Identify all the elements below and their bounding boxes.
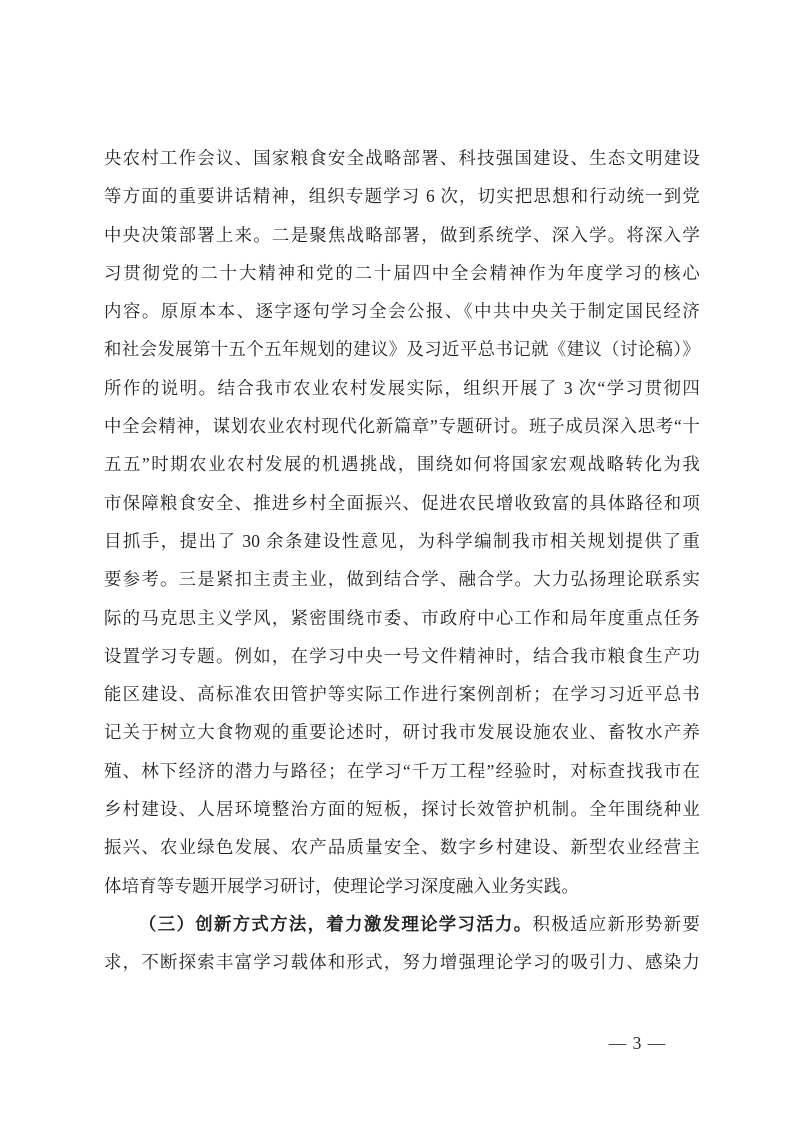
body-text-line: 央农村工作会议、国家粮食安全战略部署、科技强国建设、生态文明建设 — [104, 139, 700, 177]
body-text-line: 目抓手，提出了 30 余条建设性意见，为科学编制我市相关规划提供了重 — [104, 522, 700, 560]
body-text-line: 体培育等专题开展学习研讨，使理论学习深度融入业务实践。 — [104, 867, 700, 905]
paragraph-3-lead-text: 积极适应新形势新要 — [533, 914, 701, 934]
body-text-line: 乡村建设、人居环境整治方面的短板，探讨长效管护机制。全年围绕种业 — [104, 790, 700, 828]
body-text-line: 殖、林下经济的潜力与路径；在学习“千万工程”经验时，对标查找我市在 — [104, 752, 700, 790]
body-text: 央农村工作会议、国家粮食安全战略部署、科技强国建设、生态文明建设 等方面的重要讲… — [104, 139, 700, 982]
body-text-line: 内容。原原本本、逐字逐句学习全会公报、《中共中央关于制定国民经济 — [104, 292, 700, 330]
page-number: — 3 — — [580, 1029, 695, 1057]
paragraph-3-first-line: （三）创新方式方法，着力激发理论学习活力。积极适应新形势新要 — [104, 905, 700, 943]
body-text-line: 市保障粮食安全、推进乡村全面振兴、促进农民增收致富的具体路径和项 — [104, 484, 700, 522]
body-text-line: 际的马克思主义学风，紧密围绕市委、市政府中心工作和局年度重点任务 — [104, 599, 700, 637]
body-text-line: 求，不断探索丰富学习载体和形式，努力增强理论学习的吸引力、感染力 — [104, 943, 700, 981]
body-text-line: 和社会发展第十五个五年规划的建议》及习近平总书记就《建议（讨论稿）》 — [104, 330, 700, 368]
body-text-line: 设置学习专题。例如，在学习中央一号文件精神时，结合我市粮食生产功 — [104, 637, 700, 675]
body-text-line: 记关于树立大食物观的重要论述时，研讨我市发展设施农业、畜牧水产养 — [104, 713, 700, 751]
body-text-line: 习贯彻党的二十大精神和党的二十届四中全会精神作为年度学习的核心 — [104, 254, 700, 292]
body-text-line: 中全会精神，谋划农业农村现代化新篇章”专题研讨。班子成员深入思考“十 — [104, 407, 700, 445]
body-text-line: 所作的说明。结合我市农业农村发展实际，组织开展了 3 次“学习贯彻四 — [104, 369, 700, 407]
body-text-line: 等方面的重要讲话精神，组织专题学习 6 次，切实把思想和行动统一到党 — [104, 177, 700, 215]
body-text-line: 中央决策部署上来。二是聚焦战略部署，做到系统学、深入学。将深入学 — [104, 216, 700, 254]
body-text-line: 能区建设、高标准农田管护等实际工作进行案例剖析；在学习习近平总书 — [104, 675, 700, 713]
body-text-line: 要参考。三是紧扣主责主业，做到结合学、融合学。大力弘扬理论联系实 — [104, 560, 700, 598]
document-page: 央农村工作会议、国家粮食安全战略部署、科技强国建设、生态文明建设 等方面的重要讲… — [0, 0, 793, 1122]
body-text-line: 五五”时期农业农村发展的机遇挑战，围绕如何将国家宏观战略转化为我 — [104, 445, 700, 483]
body-text-line: 振兴、农业绿色发展、农产品质量安全、数字乡村建设、新型农业经营主 — [104, 828, 700, 866]
paragraph-3-heading: （三）创新方式方法，着力激发理论学习活力。 — [139, 914, 533, 934]
